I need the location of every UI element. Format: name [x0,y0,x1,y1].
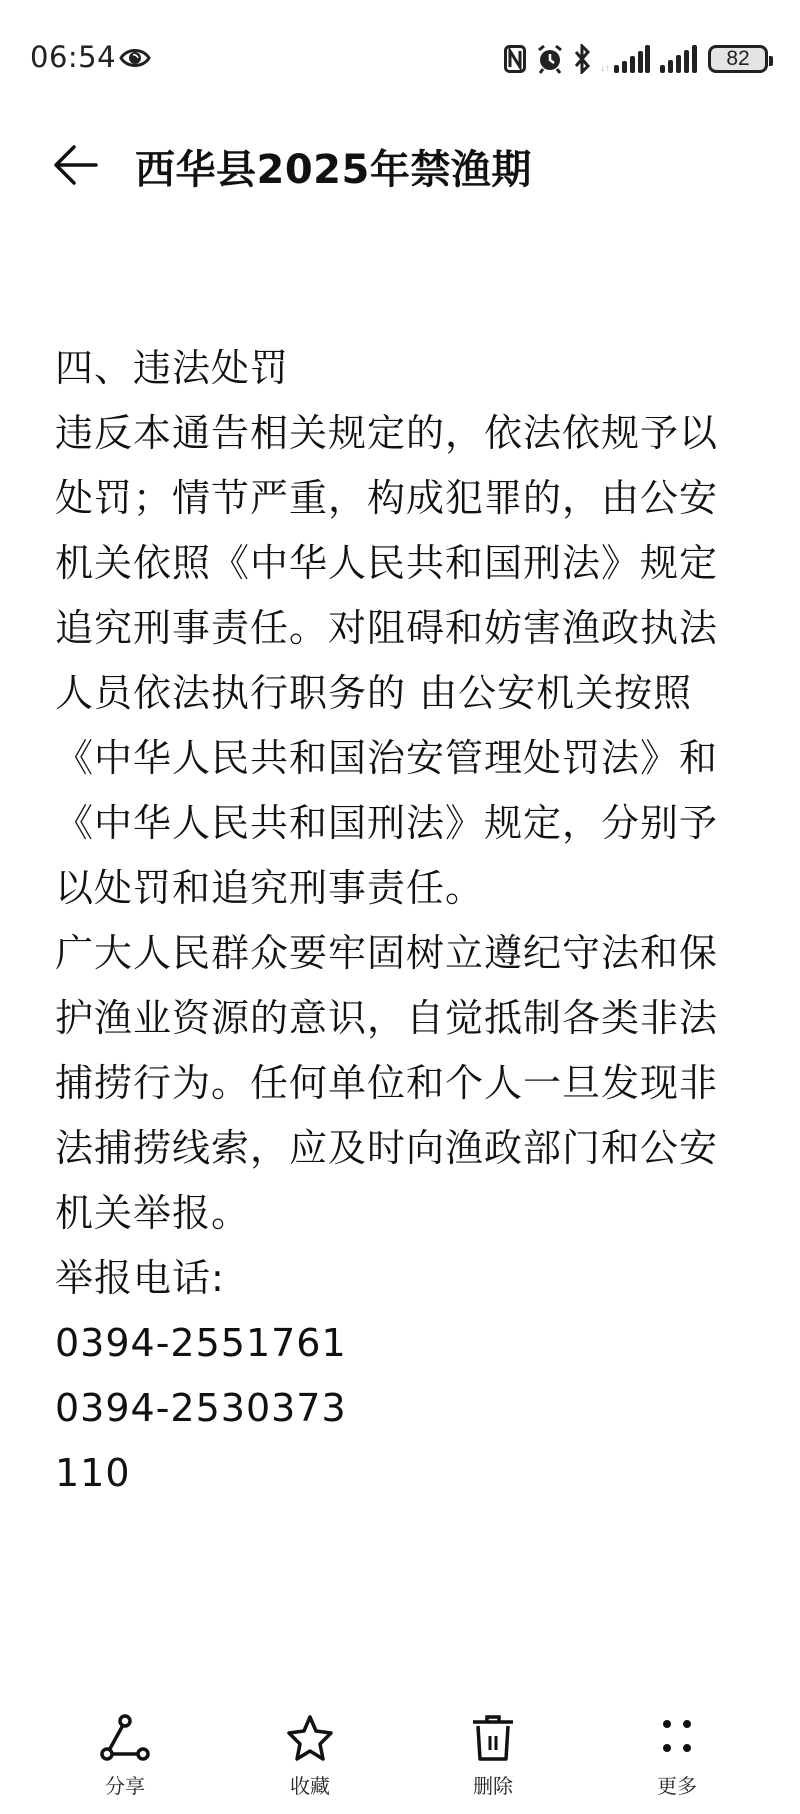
body-line: 以处罚和追究刑事责任。 [55,856,755,921]
body-line: 护渔业资源的意识，自觉抵制各类非法 [55,986,755,1051]
phone-number: 110 [55,1441,755,1506]
report-phone-label: 举报电话: [55,1246,755,1311]
share-icon [100,1714,150,1762]
battery-icon: 82 [708,45,768,73]
eye-comfort-icon [119,46,151,70]
delete-button[interactable]: 删除 [443,1700,543,1799]
more-label: 更多 [627,1770,727,1799]
back-button[interactable] [52,143,100,187]
bluetooth-icon [574,44,590,74]
trash-icon [468,1714,518,1762]
body-line: 广大人民群众要牢固树立遵纪守法和保 [55,921,755,986]
signal-sim2-icon [660,45,698,73]
body-line: 《中华人民共和国治安管理处罚法》和 [55,726,755,791]
status-icons: ↓↑ 82 [504,42,768,76]
arrow-left-icon [52,143,100,187]
favorite-button[interactable]: 收藏 [260,1700,360,1799]
body-line: 机关举报。 [55,1181,755,1246]
svg-text:↓↑: ↓↑ [600,63,610,73]
more-button[interactable]: 更多 [627,1700,727,1799]
body-line: 处罚；情节严重，构成犯罪的，由公安 [55,466,755,531]
alarm-icon [536,44,564,74]
status-time: 06:54 [30,40,116,74]
phone-number: 0394-2530373 [55,1376,755,1441]
note-body[interactable]: 四、违法处罚 违反本通告相关规定的，依法依规予以 处罚；情节严重，构成犯罪的，由… [55,336,755,1506]
body-line: 追究刑事责任。对阻碍和妨害渔政执法 [55,596,755,661]
body-line: 机关依照《中华人民共和国刑法》规定 [55,531,755,596]
signal-sim1-icon: ↓↑ [600,45,650,73]
section-heading: 四、违法处罚 [55,336,755,401]
body-line: 法捕捞线索，应及时向渔政部门和公安 [55,1116,755,1181]
favorite-label: 收藏 [260,1770,360,1799]
body-line: 《中华人民共和国刑法》规定，分别予 [55,791,755,856]
nfc-icon [504,45,526,73]
share-button[interactable]: 分享 [75,1700,175,1799]
body-line: 捕捞行为。任何单位和个人一旦发现非 [55,1051,755,1116]
status-bar: 06:54 ↓↑ 82 [0,0,800,110]
body-line: 违反本通告相关规定的，依法依规予以 [55,401,755,466]
body-line: 人员依法执行职务的 由公安机关按照 [55,661,755,726]
phone-number: 0394-2551761 [55,1311,755,1376]
bottom-action-bar: 分享 收藏 删除 更多 [0,1700,800,1800]
share-label: 分享 [75,1770,175,1799]
delete-label: 删除 [443,1770,543,1799]
page-title: 西华县2025年禁渔期 [135,138,532,195]
star-icon [285,1714,335,1762]
app-header: 西华县2025年禁渔期 [0,118,800,208]
more-dots-icon [652,1714,702,1762]
